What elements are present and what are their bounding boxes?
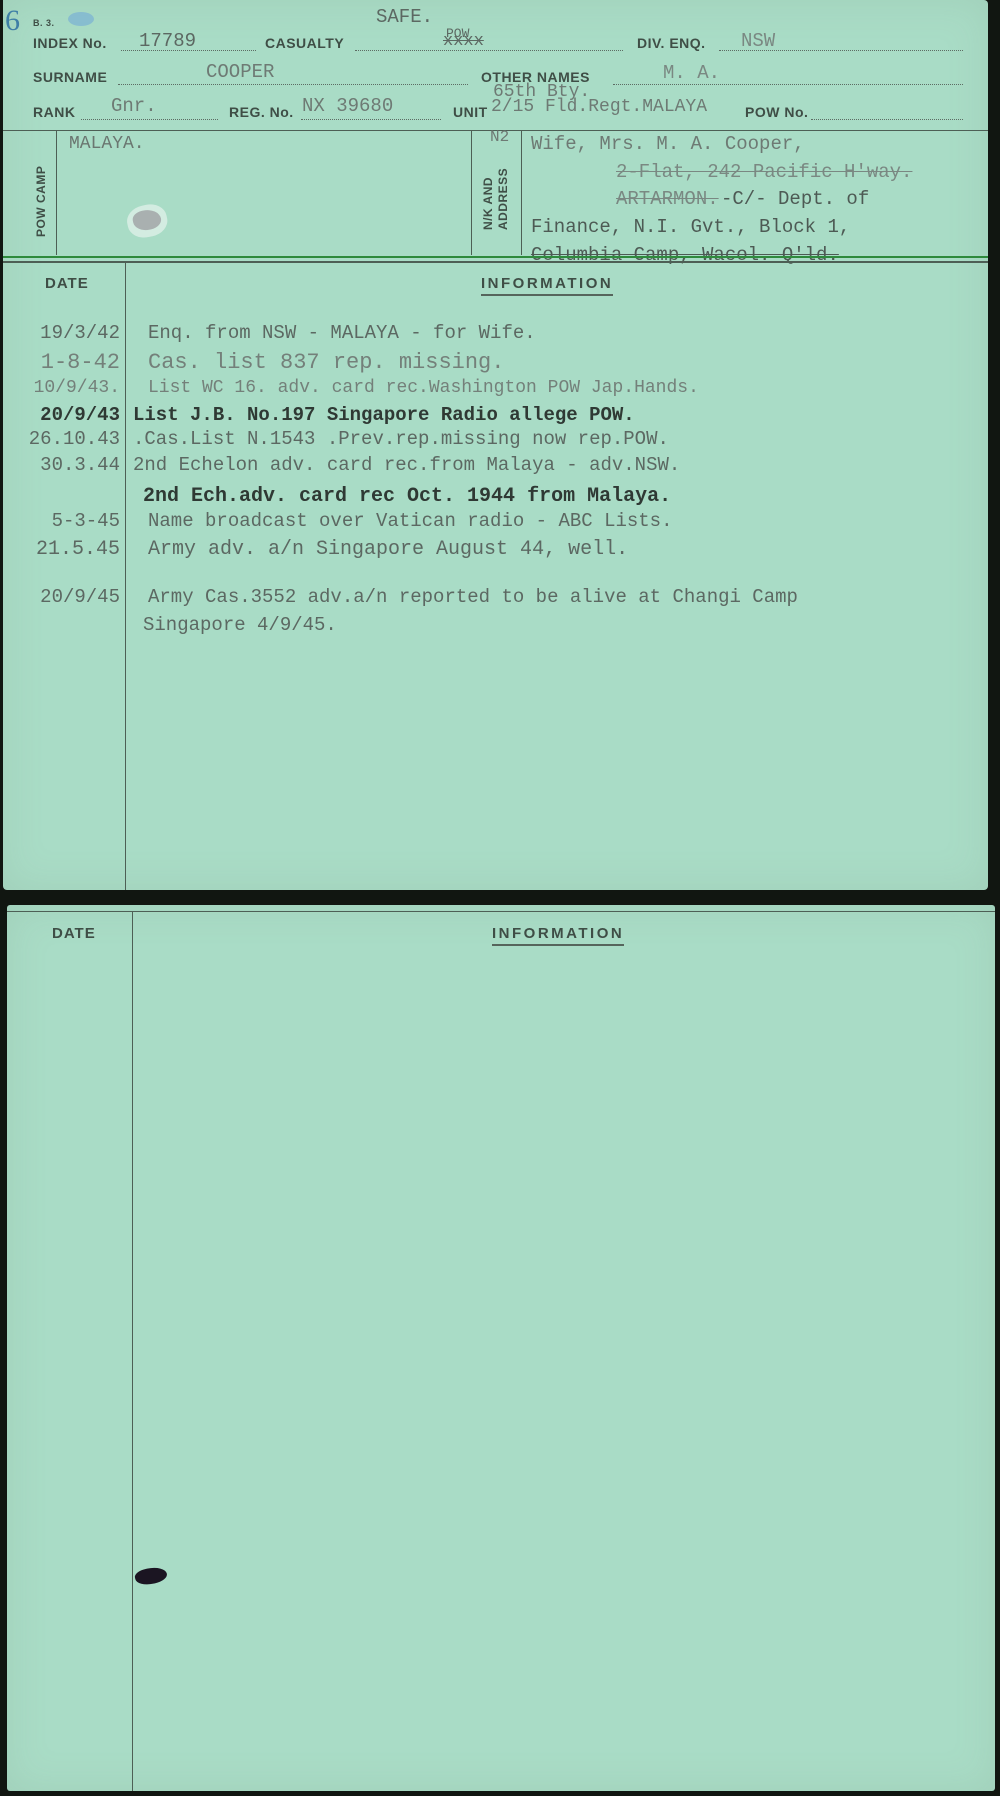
entry-info: Name broadcast over Vatican radio - ABC … (148, 510, 673, 532)
surname-value: COOPER (206, 61, 274, 83)
unit-value: 2/15 Fld.Regt.MALAYA (491, 97, 707, 117)
nk-line-3-struck: ARTARMON. (616, 188, 719, 210)
entry-date: 20/9/43 (3, 404, 120, 426)
entry-info: Army adv. a/n Singapore August 44, well. (148, 538, 628, 561)
casualty-label: CASUALTY (265, 35, 344, 51)
reg-no-value: NX 39680 (302, 95, 393, 117)
nk-divider-right (521, 131, 522, 255)
entry-date: 19/3/42 (3, 322, 120, 344)
ink-blot-icon (68, 12, 94, 26)
back-info-header: INFORMATION (492, 925, 624, 946)
handwritten-mark: 6 (5, 4, 20, 38)
nk-divider-left (471, 131, 472, 255)
record-card-front: 6 B. 3. SAFE. INDEX No. 17789 CASUALTY x… (3, 0, 988, 890)
casualty-annotation: SAFE. (376, 6, 433, 28)
nk-code: N2 (490, 128, 509, 146)
entry-info: 2nd Echelon adv. card rec.from Malaya - … (133, 454, 680, 476)
other-names-line (613, 84, 963, 85)
pow-no-line (811, 119, 963, 120)
entry-info: Cas. list 837 rep. missing. (148, 350, 504, 375)
back-date-header: DATE (52, 925, 96, 942)
rank-line (81, 119, 218, 120)
rank-value: Gnr. (111, 95, 157, 117)
entry-date: 5-3-45 (3, 510, 120, 532)
date-column-divider (125, 263, 126, 890)
entry-info: Army Cas.3552 adv.a/n reported to be ali… (148, 586, 798, 608)
nk-line-3: -C/- Dept. of (721, 188, 869, 210)
surname-line (118, 84, 468, 85)
div-enq-value: NSW (741, 30, 775, 52)
casualty-value: POW (446, 26, 469, 41)
div-enq-label: DIV. ENQ. (637, 35, 706, 51)
entry-info: Enq. from NSW - MALAYA - for Wife. (148, 322, 536, 344)
unit-label: UNIT (453, 104, 488, 120)
reg-no-line (301, 119, 441, 120)
back-date-column-divider (132, 912, 133, 1791)
rank-label: RANK (33, 104, 75, 120)
back-top-rule (7, 911, 995, 912)
entry-date: 10/9/43. (3, 378, 120, 398)
nk-line-4: Finance, N.I. Gvt., Block 1, (531, 216, 850, 238)
nk-line-2-struck: 2-Flat, 242 Pacific H'way. (616, 161, 912, 183)
entry-date: 21.5.45 (3, 538, 120, 561)
nk-line-1: Wife, Mrs. M. A. Cooper, (531, 133, 805, 155)
index-no-label: INDEX No. (33, 35, 107, 51)
info-header: INFORMATION (481, 275, 613, 296)
record-card-back: DATE INFORMATION (7, 905, 995, 1791)
punch-hole (131, 207, 163, 232)
entry-info: 2nd Ech.adv. card rec Oct. 1944 from Mal… (143, 485, 671, 508)
double-rule-1 (3, 256, 988, 258)
casualty-line (355, 50, 623, 51)
entry-date: 1-8-42 (3, 350, 120, 375)
entry-info: .Cas.List N.1543 .Prev.rep.missing now r… (133, 428, 669, 450)
entry-info: List J.B. No.197 Singapore Radio allege … (133, 404, 635, 426)
date-header: DATE (45, 275, 89, 292)
camp-divider (56, 131, 57, 255)
pow-no-label: POW No. (745, 104, 808, 120)
double-rule-2 (3, 261, 988, 263)
nk-label: N/K ANDADDRESS (481, 168, 511, 230)
pow-camp-label: POW CAMP (34, 166, 48, 237)
entry-date: 30.3.44 (3, 454, 120, 476)
other-names-value: M. A. (663, 62, 720, 84)
reg-no-label: REG. No. (229, 104, 294, 120)
entry-info-continued: Singapore 4/9/45. (143, 614, 337, 636)
entry-date: 26.10.43 (3, 428, 120, 450)
entry-date: 20/9/45 (3, 586, 120, 608)
index-no-value: 17789 (139, 30, 196, 52)
pow-camp-value: MALAYA. (69, 134, 145, 154)
surname-label: SURNAME (33, 69, 107, 85)
back-punch-hole (134, 1565, 169, 1587)
form-code: B. 3. (33, 18, 55, 28)
entry-info: List WC 16. adv. card rec.Washington POW… (148, 378, 699, 398)
